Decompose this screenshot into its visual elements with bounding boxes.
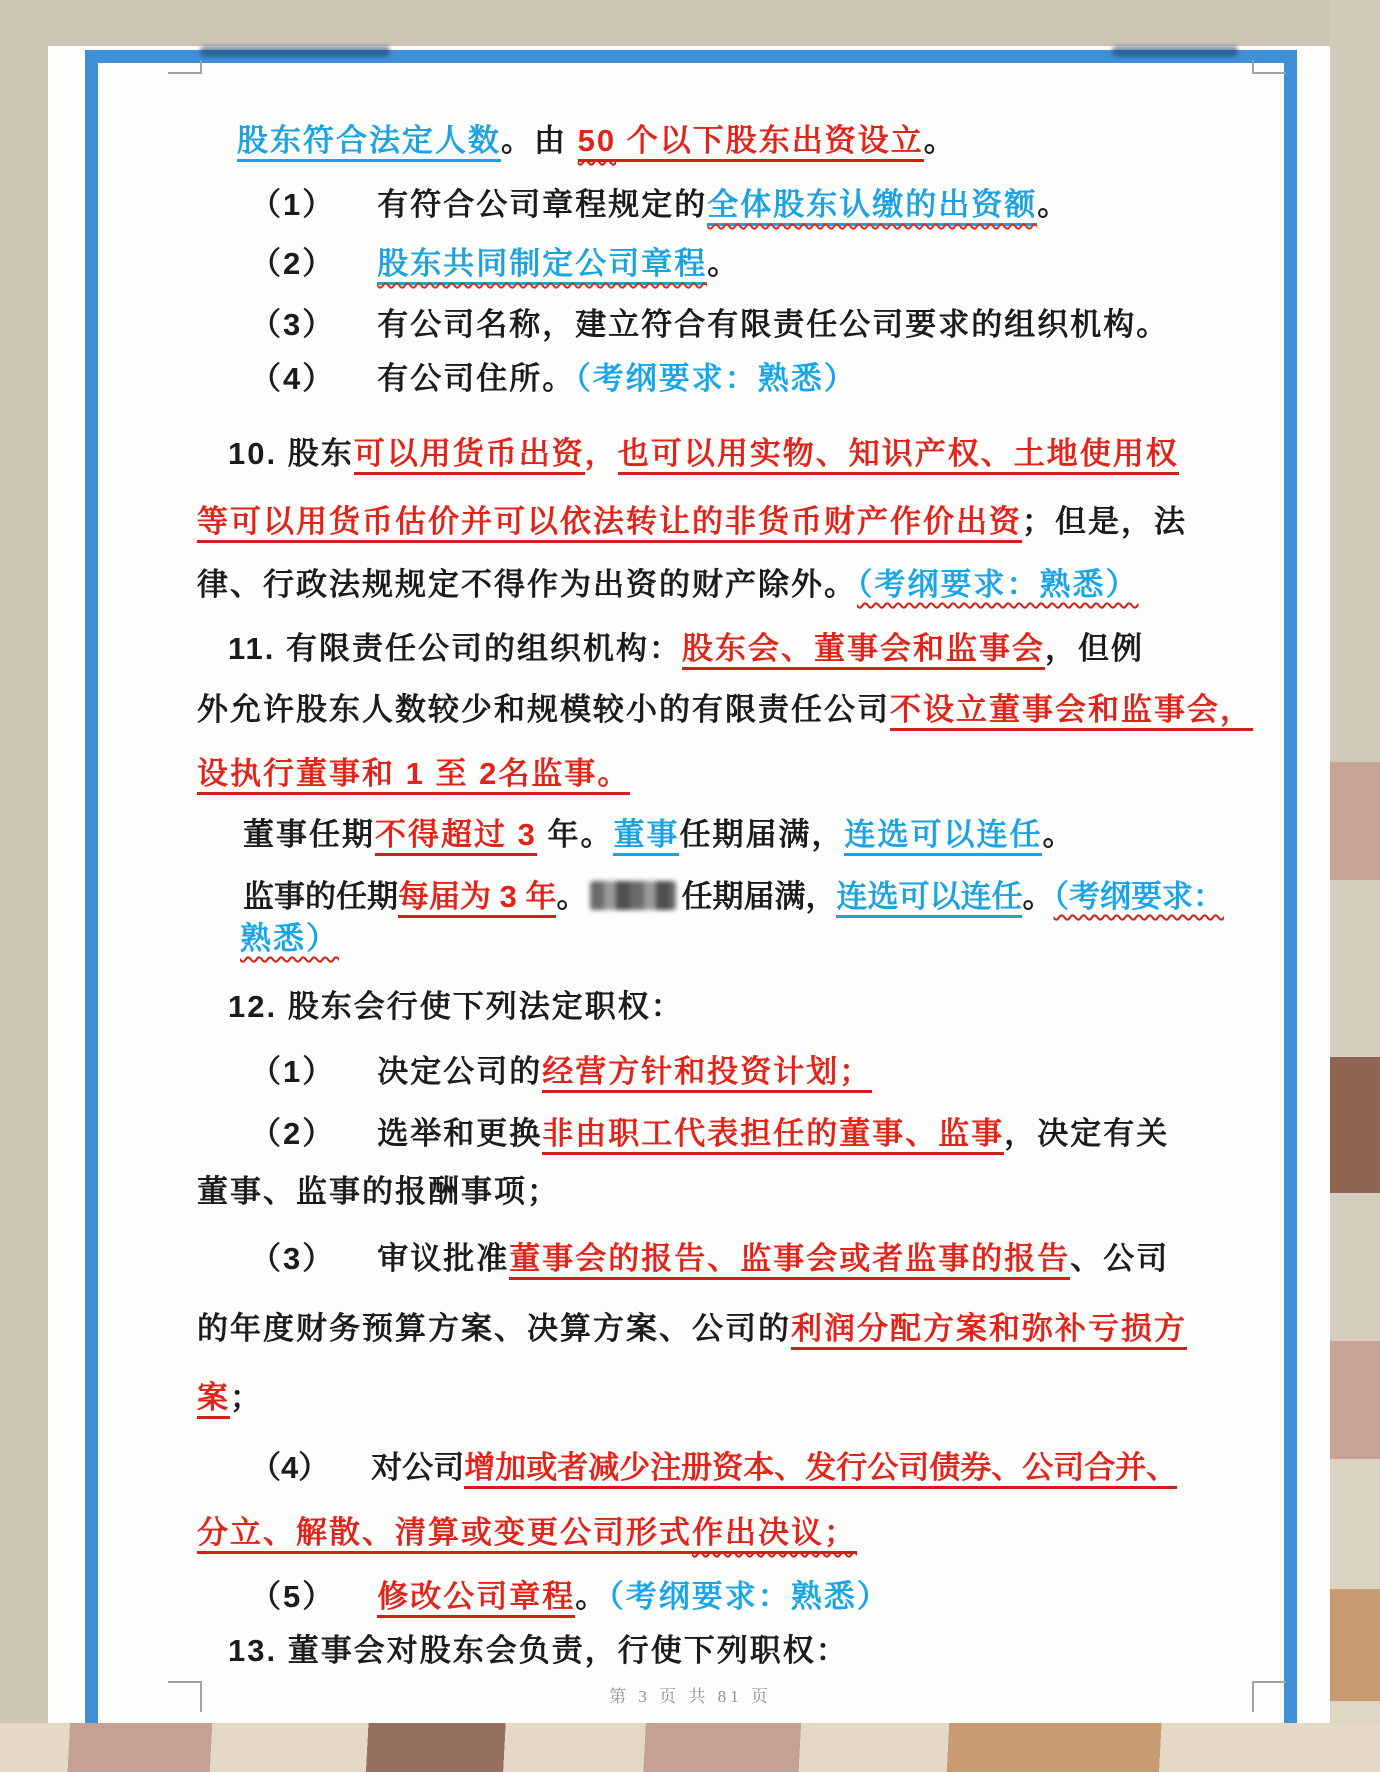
text-segment: ，但例 [1045,631,1144,667]
tab-space [335,273,377,274]
text-segment: 任期届满， [681,879,836,915]
text-segment: 12. 股东会行使下列法定职权： [228,989,684,1025]
text-segment: 、公司 [1070,1241,1169,1277]
text-segment: （考纲要求：熟悉） [608,1579,890,1615]
text-segment: 熟悉） [240,921,339,957]
text-layer: 股东符合法定人数。由 50 个以下股东出资设立。（1）有符合公司章程规定的全体股… [0,0,1380,1772]
tab-space [329,1477,371,1478]
text-segment: 。 [575,1579,608,1615]
screenshot-stage: 股东符合法定人数。由 50 个以下股东出资设立。（1）有符合公司章程规定的全体股… [0,0,1380,1772]
text-segment: ， [585,436,618,472]
text-segment: ；但是，法 [1022,504,1187,540]
text-line: 分立、解散、清算或变更公司形式作出决议； [197,1514,857,1551]
text-segment: 的年度财务预算方案、决算方案、公司的 [197,1311,791,1347]
text-segment: 非由职工代表担任的董事、监事 [542,1116,1004,1155]
text-line: 设执行董事和 1 至 2名监事。 [197,755,630,792]
text-segment: 可以用货币出资 [354,436,585,475]
text-line: （3）有公司名称，建立符合有限责任公司要求的组织机构。 [250,306,1169,343]
tab-space [335,1081,377,1082]
text-line: 律、行政法规规定不得作为出资的财产除外。（考纲要求：熟悉） [197,566,1139,603]
text-line: 股东符合法定人数。由 50 个以下股东出资设立。 [237,122,957,159]
text-segment: 全体股东认缴的出资额 [707,187,1037,226]
text-segment: 不设立董事会和监事会， [890,692,1253,731]
text-segment: 。由 [501,123,578,159]
text-line: （4）对公司增加或者减少注册资本、发行公司债券、公司合并、 [250,1449,1177,1486]
text-line: （2）选举和更换非由职工代表担任的董事、监事，决定有关 [250,1115,1169,1152]
text-segment: 有符合公司章程规定的 [377,187,707,223]
text-segment: 决定公司的 [377,1054,542,1090]
text-line: 的年度财务预算方案、决算方案、公司的利润分配方案和弥补亏损方 [197,1310,1187,1347]
text-segment: ； [230,1380,263,1416]
text-segment: 律、行政法规规定不得作为出资的财产除外。 [197,567,857,603]
text-segment: 等可以用货币估价并可以依法转让的非货币财产作价出资 [197,504,1022,543]
text-segment: 50 [578,123,616,162]
text-segment: 经营方针和投资计划； [542,1054,872,1093]
text-segment: 股东会、董事会和监事会 [682,631,1045,670]
text-line: （2）股东共同制定公司章程。 [250,245,740,282]
text-segment: （1） [250,187,335,223]
text-segment: （2） [250,1116,335,1152]
text-segment: 设执行董事和 1 至 2名监事。 [197,756,630,795]
text-segment: 董事 [613,817,679,856]
text-segment: 年。 [537,817,614,853]
text-segment: 董事任期 [243,817,375,853]
text-segment: （1） [250,1054,335,1090]
text-line: 董事任期不得超过 3 年。董事任期届满，连选可以连任。 [243,816,1075,853]
text-segment: 修改公司章程 [377,1579,575,1618]
text-segment: （4） [250,361,335,397]
text-line: （5）修改公司章程。（考纲要求：熟悉） [250,1578,890,1615]
text-segment: 外允许股东人数较少和规模较小的有限责任公司 [197,692,890,728]
text-line: 外允许股东人数较少和规模较小的有限责任公司不设立董事会和监事会， [197,691,1253,728]
text-line: 10. 股东可以用货币出资，也可以用实物、知识产权、土地使用权 [228,435,1179,472]
text-segment: 13. 董事会对股东会负责，行使下列职权： [228,1633,849,1669]
text-segment: （5） [250,1579,335,1615]
text-segment: 。 [707,246,740,282]
text-segment: 不得超过 3 [375,817,537,856]
text-segment: 有公司名称，建立符合有限责任公司要求的组织机构。 [377,307,1169,343]
text-segment: 。 [1042,817,1075,853]
text-segment: （4） [250,1450,329,1486]
text-segment: （3） [250,307,335,343]
tab-space [335,334,377,335]
text-segment: 连选可以连任 [844,817,1042,856]
text-segment: 分立、解散、清算或变更公司形式 [197,1515,692,1554]
tab-space [335,1143,377,1144]
text-line: 董事、监事的报酬事项； [197,1173,560,1210]
text-segment: 选举和更换 [377,1116,542,1152]
text-segment: 董事会的报告、监事会或者监事的报告 [509,1241,1070,1280]
text-segment: 作出决议； [692,1515,857,1554]
text-segment: （考纲要求：熟悉） [857,567,1139,603]
text-segment: （考纲要求： [1053,879,1224,915]
text-line: 13. 董事会对股东会负责，行使下列职权： [228,1632,849,1669]
text-segment: （2） [250,246,335,282]
text-line: 11. 有限责任公司的组织机构：股东会、董事会和监事会，但例 [228,630,1144,667]
text-line: （1）决定公司的经营方针和投资计划； [250,1053,872,1090]
censored-text [590,881,676,910]
text-segment: 连选可以连任 [836,879,1022,918]
tab-space [335,1606,377,1607]
text-line: 案； [197,1379,263,1416]
text-segment: （考纲要求：熟悉） [575,361,857,397]
text-segment: 10. 股东 [228,436,354,472]
text-segment: 案 [197,1380,230,1419]
tab-space [335,388,377,389]
text-segment: （3） [250,1241,335,1277]
text-line: （4）有公司住所。（考纲要求：熟悉） [250,360,857,397]
text-segment: 利润分配方案和弥补亏损方 [791,1311,1187,1350]
tab-space [335,214,377,215]
text-segment: 有公司住所。 [377,361,575,397]
text-segment: 股东符合法定人数 [237,123,501,162]
text-segment: 也可以用实物、知识产权、土地使用权 [618,436,1179,475]
text-segment: 审议批准 [377,1241,509,1277]
text-segment: 股东共同制定公司章程 [377,246,707,285]
text-line: （1）有符合公司章程规定的全体股东认缴的出资额。 [250,186,1070,223]
text-segment: 董事、监事的报酬事项； [197,1174,560,1210]
text-line: （3）审议批准董事会的报告、监事会或者监事的报告、公司 [250,1240,1169,1277]
text-segment: 。 [556,879,587,915]
text-line: 熟悉） [240,920,339,957]
text-segment: 。 [924,123,957,159]
text-segment: 增加或者减少注册资本、发行公司债券、公司合并、 [464,1450,1177,1489]
text-line: 12. 股东会行使下列法定职权： [228,988,684,1025]
text-line: 监事的任期每届为 3 年。任期届满，连选可以连任。（考纲要求： [243,878,1224,915]
text-segment: 。 [1037,187,1070,223]
text-line: 等可以用货币估价并可以依法转让的非货币财产作价出资；但是，法 [197,503,1187,540]
page-footer: 第 3 页 共 81 页 [98,1682,1283,1707]
text-segment: 对公司 [371,1450,464,1486]
text-segment: 任期届满， [679,817,844,853]
text-segment: 个以下股东出资设立 [616,123,924,162]
text-segment: ，决定有关 [1004,1116,1169,1152]
text-segment: 。 [1022,879,1053,915]
text-segment: 每届为 3 年 [398,879,556,918]
tab-space [335,1268,377,1269]
text-segment: 监事的任期 [243,879,398,915]
text-segment: 11. 有限责任公司的组织机构： [228,631,682,667]
